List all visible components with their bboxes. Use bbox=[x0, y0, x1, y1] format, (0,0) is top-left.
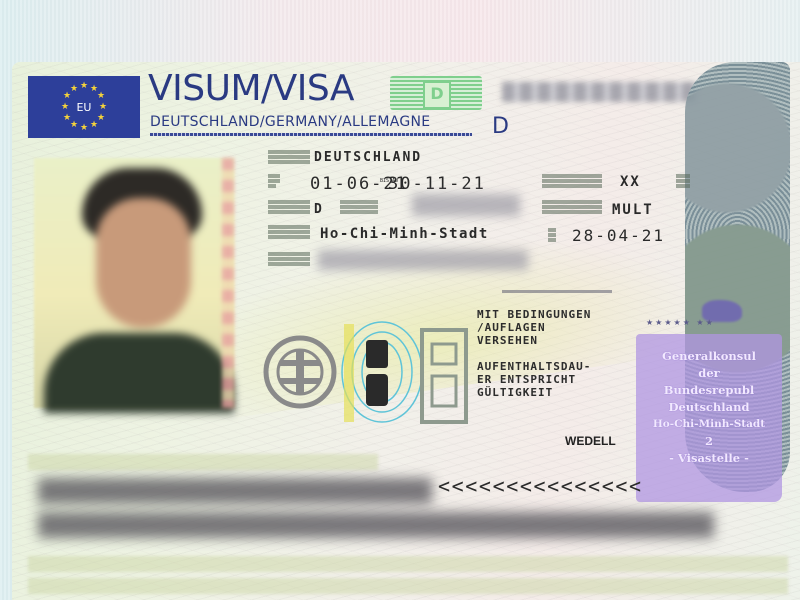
photo-shoulders bbox=[44, 333, 234, 413]
remark-line: VERSEHEN bbox=[477, 334, 591, 347]
remark-line: /AUFLAGEN bbox=[477, 321, 591, 334]
label-entries bbox=[542, 200, 602, 215]
number-of-entries-value: MULT bbox=[612, 202, 654, 218]
footer-microprint-1 bbox=[28, 556, 788, 572]
valid-until-value: 30-11-21 bbox=[388, 174, 486, 194]
stamp-line: 2 bbox=[636, 433, 782, 450]
label-on bbox=[548, 228, 556, 243]
consulate-stamp: Generalkonsul der Bundesrepubl Deutschla… bbox=[636, 334, 782, 502]
stamp-line: - Visastelle - bbox=[636, 450, 782, 467]
photo-face bbox=[96, 198, 191, 328]
officer-signature: WEDELL bbox=[565, 434, 616, 448]
microprint-line bbox=[150, 133, 472, 136]
duration-of-stay-value: XX bbox=[620, 174, 641, 190]
stamp-line: Ho-Chi-Minh-Stadt bbox=[636, 416, 782, 433]
svg-text:★: ★ bbox=[80, 81, 88, 91]
svg-text:★: ★ bbox=[70, 120, 78, 130]
stamp-line: Generalkonsul bbox=[636, 348, 782, 365]
label-valid-for bbox=[268, 150, 310, 165]
svg-text:★: ★ bbox=[99, 102, 107, 112]
label-duration bbox=[542, 174, 602, 189]
visa-number-redacted bbox=[502, 82, 697, 102]
stamp-line: Deutschland bbox=[636, 399, 782, 416]
country-code-emblem: D bbox=[423, 81, 451, 109]
holder-photo bbox=[34, 158, 234, 408]
label-name bbox=[268, 252, 310, 267]
label-passport-no bbox=[340, 200, 378, 215]
mrz-line-1-redacted bbox=[38, 478, 432, 504]
svg-text:★: ★ bbox=[61, 102, 69, 112]
visa-type-value: D bbox=[314, 202, 324, 217]
visa-title: VISUM/VISA bbox=[148, 68, 354, 109]
valid-for-value: DEUTSCHLAND bbox=[314, 150, 422, 165]
microprint-text bbox=[28, 454, 378, 470]
eu-flag-icon: ★★★ ★★★ ★★★ ★★★ EU bbox=[28, 76, 140, 138]
svg-text:EU: EU bbox=[76, 101, 91, 114]
photo-security-strip bbox=[222, 158, 234, 408]
stamp-line: der bbox=[636, 365, 782, 382]
remark-line: GÜLTIGKEIT bbox=[477, 386, 591, 399]
issued-on-value: 28-04-21 bbox=[572, 226, 665, 245]
remark-spacer bbox=[477, 347, 591, 360]
svg-text:★: ★ bbox=[80, 123, 88, 133]
issued-in-value: Ho-Chi-Minh-Stadt bbox=[320, 226, 489, 242]
footer-microprint-2 bbox=[28, 578, 788, 594]
label-days bbox=[676, 174, 690, 189]
mrz-line-1-filler: <<<<<<<<<<<<<<< bbox=[438, 474, 643, 498]
security-seal-icon bbox=[262, 310, 472, 440]
remarks-text: MIT BEDINGUNGEN /AUFLAGEN VERSEHEN AUFEN… bbox=[477, 308, 591, 399]
country-code: D bbox=[492, 114, 509, 139]
label-type-of-visa bbox=[268, 200, 310, 215]
svg-text:★: ★ bbox=[63, 113, 71, 123]
holder-name-redacted bbox=[318, 250, 528, 270]
label-issued-in bbox=[268, 225, 310, 240]
visa-sticker: ★★★ ★★★ ★★★ ★★★ EU VISUM/VISA D DEUTSCHL… bbox=[12, 62, 800, 600]
passport-number-redacted bbox=[412, 194, 520, 216]
remarks-label bbox=[502, 290, 612, 293]
svg-text:★: ★ bbox=[97, 91, 105, 101]
svg-text:★: ★ bbox=[90, 120, 98, 130]
mrz-line-2-redacted bbox=[38, 512, 714, 538]
remark-line: MIT BEDINGUNGEN bbox=[477, 308, 591, 321]
svg-text:★: ★ bbox=[70, 84, 78, 94]
issuing-country: DEUTSCHLAND/GERMANY/ALLEMAGNE bbox=[150, 114, 430, 130]
remark-line: AUFENTHALTSDAU- bbox=[477, 360, 591, 373]
stamp-stars: ★★★★★ ★★ bbox=[646, 318, 715, 327]
remark-line: ER ENTSPRICHT bbox=[477, 373, 591, 386]
label-from bbox=[268, 174, 310, 189]
svg-text:★: ★ bbox=[97, 113, 105, 123]
green-d-security-emblem: D bbox=[390, 76, 482, 110]
stamp-line: Bundesrepubl bbox=[636, 382, 782, 399]
